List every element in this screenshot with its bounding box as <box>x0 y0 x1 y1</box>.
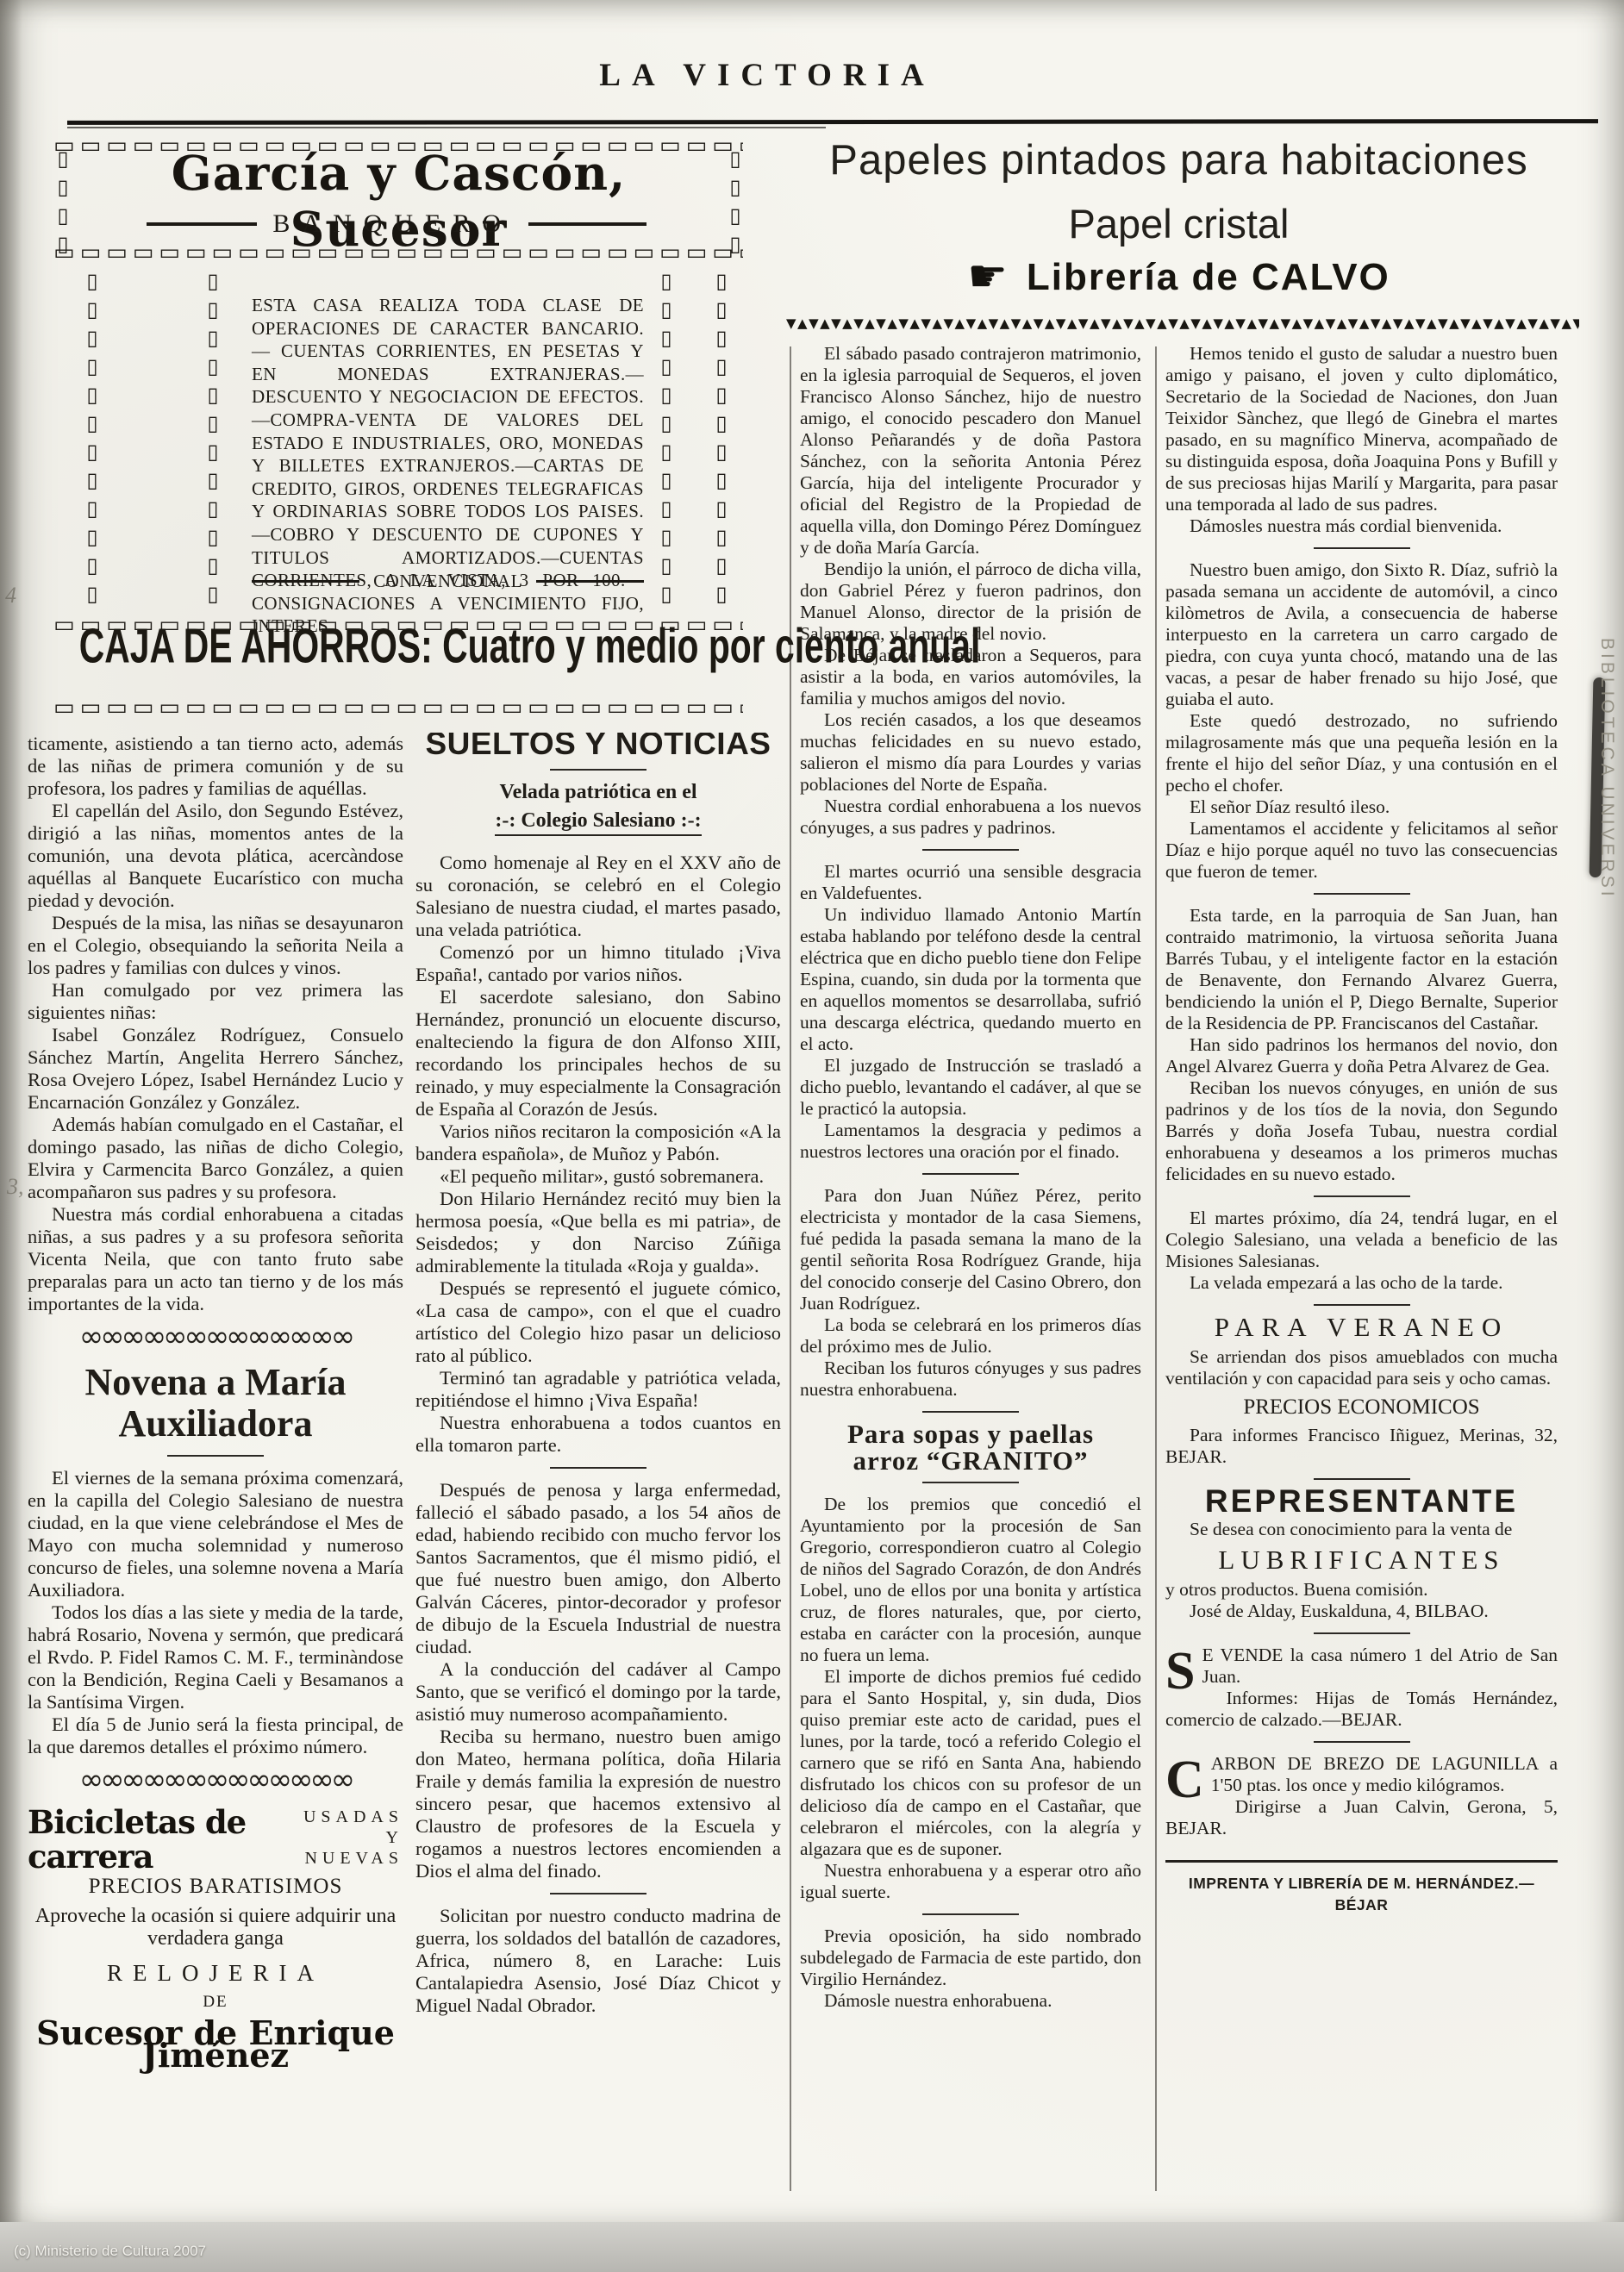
wallpaper-ad-line2: Papel cristal <box>776 200 1582 247</box>
pointing-hand-icon: ☛ <box>967 255 1008 300</box>
masthead-title: LA VICTORIA <box>0 57 1534 94</box>
watchmaker-title: RELOJERIA <box>28 1962 403 1984</box>
block-rule <box>1314 547 1410 549</box>
bicycle-ad-prices: PRECIOS BARATISIMOS <box>28 1876 403 1898</box>
block-chain <box>28 1326 403 1355</box>
bicycle-ad-slogan: Aproveche la ocasión si quiere adquirir … <box>28 1905 403 1950</box>
block-p: Previa oposición, ha sido nombrado subde… <box>800 1926 1141 1990</box>
scan-edge-shadow <box>0 0 22 2224</box>
block-p: El sacerdote salesiano, don Sabino Herná… <box>415 986 781 1120</box>
banker-ad-subtitle-text: BANQUERO <box>272 209 513 239</box>
masthead-rule-secondary <box>67 127 826 128</box>
block-rule <box>922 1411 1019 1413</box>
block-p: El sábado pasado contrajeron matrimonio,… <box>800 343 1141 559</box>
block-p: Se desea con conocimiento para la venta … <box>1165 1519 1558 1540</box>
block-rule <box>550 769 646 771</box>
savings-banner-text: CAJA DE AHORROS: Cuatro y medio por cien… <box>79 619 727 675</box>
block-rule <box>922 1913 1019 1915</box>
block-p: Además habían comulgado en el Castañar, … <box>28 1114 403 1203</box>
block-rule <box>167 1455 264 1457</box>
block-vel: Velada patriótica en el <box>499 781 696 806</box>
block-p: Reciba su hermano, nuestro buen amigo do… <box>415 1726 781 1882</box>
block-p: La boda se celebrará en los primeros día… <box>800 1314 1141 1358</box>
block-p: El capellán del Asilo, don Segundo Estév… <box>28 800 403 912</box>
wallpaper-ad-shop-name: Librería de CALVO <box>1027 256 1390 299</box>
block-p: Después de penosa y larga enfermedad, fa… <box>415 1479 781 1658</box>
block-p: Para informes Francisco Iñiguez, Merinas… <box>1165 1425 1558 1468</box>
chain-border <box>83 267 102 612</box>
block-rule <box>1314 1478 1410 1480</box>
watchmaker-name: Sucesor de Enrique Jiménez <box>28 2022 403 2067</box>
block-rule <box>550 1893 646 1894</box>
block-gran: arroz “GRANITO” <box>800 1450 1141 1471</box>
block-centerline: PRECIOS ECONOMICOS <box>1165 1396 1558 1418</box>
chain-border <box>657 267 676 612</box>
column-1-articles: ticamente, asistiendo a tan tierno acto,… <box>28 733 403 1798</box>
block-p: «El pequeño militar», gustó sobremanera. <box>415 1165 781 1188</box>
block-p: A la conducción del cadáver al Campo San… <box>415 1658 781 1726</box>
block-p: Reciban los futuros cónyuges y sus padre… <box>800 1358 1141 1401</box>
block-rule <box>1314 1741 1410 1743</box>
column-4: Hemos tenido el gusto de saludar a nuest… <box>1165 343 1558 2212</box>
block-p: Don Hilario Hernández recitó muy bien la… <box>415 1188 781 1277</box>
banker-ad-convencional-text: CONVENCIONAL <box>373 571 522 592</box>
block-rule <box>1314 893 1410 895</box>
chain-border <box>53 696 743 721</box>
block-p: El martes ocurrió una sensible desgracia… <box>800 861 1141 904</box>
copyright-watermark: (c) Ministerio de Cultura 2007 <box>14 2243 206 2260</box>
block-rule <box>922 849 1019 851</box>
block-p: El viernes de la semana próxima comenzar… <box>28 1467 403 1601</box>
block-p: El día 5 de Junio será la fiesta princip… <box>28 1713 403 1758</box>
block-p0: CARBON DE BREZO DE LAGUNILLA a 1'50 ptas… <box>1165 1753 1558 1796</box>
block-p: Han comulgado por vez primera las siguie… <box>28 979 403 1024</box>
block-p: El importe de dichos premios fué cedido … <box>800 1666 1141 1860</box>
block-p0: SE VENDE la casa número 1 del Atrio de S… <box>1165 1645 1558 1688</box>
block-p: Dámosles nuestra más cordial bienvenida. <box>1165 515 1558 537</box>
block-p: Bendijo la unión, el párroco de dicha vi… <box>800 559 1141 645</box>
column-1: ticamente, asistiendo a tan tierno acto,… <box>28 733 403 2212</box>
block-p: Nuestra enhorabuena a todos cuantos en e… <box>415 1412 781 1457</box>
block-p: Todos los días a las siete y media de la… <box>28 1601 403 1713</box>
block-p: Para don Juan Núñez Pérez, perito electr… <box>800 1185 1141 1314</box>
block-p: Isabel González Rodríguez, Consuelo Sánc… <box>28 1024 403 1114</box>
block-p: De Béjar se trasladaron a Sequeros, para… <box>800 645 1141 709</box>
block-p: Dámosle nuestra enhorabuena. <box>800 1990 1141 2012</box>
chain-border <box>712 267 731 612</box>
block-p: Este quedó destrozado, no sufriendo mila… <box>1165 710 1558 796</box>
block-p: Nuestra cordial enhorabuena a los nuevos… <box>800 796 1141 839</box>
block-rule <box>1314 1195 1410 1197</box>
block-rep: REPRESENTANTE <box>1165 1490 1558 1512</box>
block-p: Nuestra más cordial enhorabuena a citada… <box>28 1203 403 1315</box>
block-p: Se arriendan dos pisos amueblados con mu… <box>1165 1346 1558 1389</box>
block-p: Después se representó el juguete cómico,… <box>415 1277 781 1367</box>
block-p: Hemos tenido el gusto de saludar a nuest… <box>1165 343 1558 515</box>
block-rule <box>1314 1304 1410 1306</box>
margin-mark: 4 <box>5 583 16 609</box>
chain-border <box>203 267 222 612</box>
block-p0: y otros productos. Buena comisión. <box>1165 1579 1558 1601</box>
block-p: Esta tarde, en la parroquia de San Juan,… <box>1165 905 1558 1034</box>
block-p: Los recién casados, a los que deseamos m… <box>800 709 1141 796</box>
block-p: Como homenaje al Rey en el XXV año de su… <box>415 852 781 941</box>
block-h-sueltos: SUELTOS Y NOTICIAS <box>415 733 781 755</box>
margin-mark: 3, <box>7 1174 24 1200</box>
block-p: El señor Díaz resultó ileso. <box>1165 796 1558 818</box>
column-rule <box>790 346 791 2191</box>
block-lub: LUBRIFICANTES <box>1165 1549 1558 1570</box>
bicycle-ad-side-labels: USADAS Y NUEVAS <box>303 1805 403 1869</box>
column-rule <box>1155 346 1157 2191</box>
scanner-bottom-band <box>0 2222 1624 2272</box>
block-rule <box>1314 1632 1410 1634</box>
block-p: El martes próximo, día 24, tendrá lugar,… <box>1165 1208 1558 1272</box>
block-rule <box>922 1173 1019 1175</box>
block-p: Nuestro buen amigo, don Sixto R. Díaz, s… <box>1165 559 1558 710</box>
wallpaper-ad-line1: Papeles pintados para habitaciones <box>776 136 1582 184</box>
block-p: Han sido padrinos los hermanos del novio… <box>1165 1034 1558 1077</box>
block-vel: :-: Colegio Salesiano :-: <box>495 809 701 836</box>
block-p: Un individuo llamado Antonio Martín esta… <box>800 904 1141 1055</box>
block-p: Varios niños recitaron la composición «A… <box>415 1120 781 1165</box>
block-p: Lamentamos el accidente y felicitamos al… <box>1165 818 1558 883</box>
block-h-nov: Novena a María Auxiliadora <box>28 1362 403 1445</box>
bicycle-ad-side1: USADAS Y <box>303 1807 403 1848</box>
column-2: SUELTOS Y NOTICIASVelada patriótica en e… <box>415 733 781 2212</box>
block-p: El juzgado de Instrucción se trasladó a … <box>800 1055 1141 1120</box>
newspaper-page-scan: LA VICTORIA García y Cascón, Sucesor BAN… <box>0 0 1624 2272</box>
block-p: La velada empezará a las ocho de la tard… <box>1165 1272 1558 1294</box>
block-p: Dirigirse a Juan Calvin, Gerona, 5, BEJA… <box>1165 1796 1558 1839</box>
library-stamp-label: BIBLIOTECA UNIVERSI <box>1596 638 1617 1120</box>
banker-ad-convencional: CONVENCIONAL <box>252 571 644 592</box>
block-p: Nuestra enhorabuena y a esperar otro año… <box>800 1860 1141 1903</box>
block-p: Comenzó por un himno titulado ¡Viva Espa… <box>415 941 781 986</box>
column-3: El sábado pasado contrajeron matrimonio,… <box>800 343 1141 2212</box>
banker-ad-subtitle: BANQUERO <box>147 209 646 239</box>
block-p: José de Alday, Euskalduna, 4, BILBAO. <box>1165 1601 1558 1622</box>
block-rule <box>922 1482 1019 1483</box>
block-imprint: IMPRENTA Y LIBRERÍA DE M. HERNÁNDEZ.—BÉJ… <box>1165 1860 1558 1916</box>
block-veraneo: PARA VERANEO <box>1165 1316 1558 1338</box>
block-p: Solicitan por nuestro conducto madrina d… <box>415 1905 781 2017</box>
wallpaper-ad-shop-row: ☛ Librería de CALVO <box>776 255 1582 300</box>
chain-border <box>53 145 72 255</box>
block-p: Después de la misa, las niñas se desayun… <box>28 912 403 979</box>
block-p0: ticamente, asistiendo a tan tierno acto,… <box>28 733 403 800</box>
chain-border <box>726 145 745 255</box>
block-p: Lamentamos la desgracia y pedimos a nues… <box>800 1120 1141 1163</box>
bicycle-ad-side2: NUEVAS <box>303 1848 403 1869</box>
watchmaker-de: DE <box>28 1991 403 2013</box>
bicycle-ad: Bicicletas de carrera USADAS Y NUEVAS PR… <box>28 1805 403 2067</box>
block-gran: Para sopas y paellas <box>800 1423 1141 1445</box>
block-rule <box>550 1467 646 1469</box>
bicycle-ad-title: Bicicletas de carrera <box>28 1805 303 1874</box>
block-chain <box>28 1769 403 1798</box>
banker-ad-title: García y Cascón, Sucesor <box>78 145 720 257</box>
block-p: De los premios que concedió el Ayuntamie… <box>800 1494 1141 1666</box>
block-p: Reciban los nuevos cónyuges, en unión de… <box>1165 1077 1558 1185</box>
block-p: Informes: Hijas de Tomás Hernández, come… <box>1165 1688 1558 1731</box>
block-p: Terminó tan agradable y patriótica velad… <box>415 1367 781 1412</box>
zigzag-border <box>786 315 1579 334</box>
